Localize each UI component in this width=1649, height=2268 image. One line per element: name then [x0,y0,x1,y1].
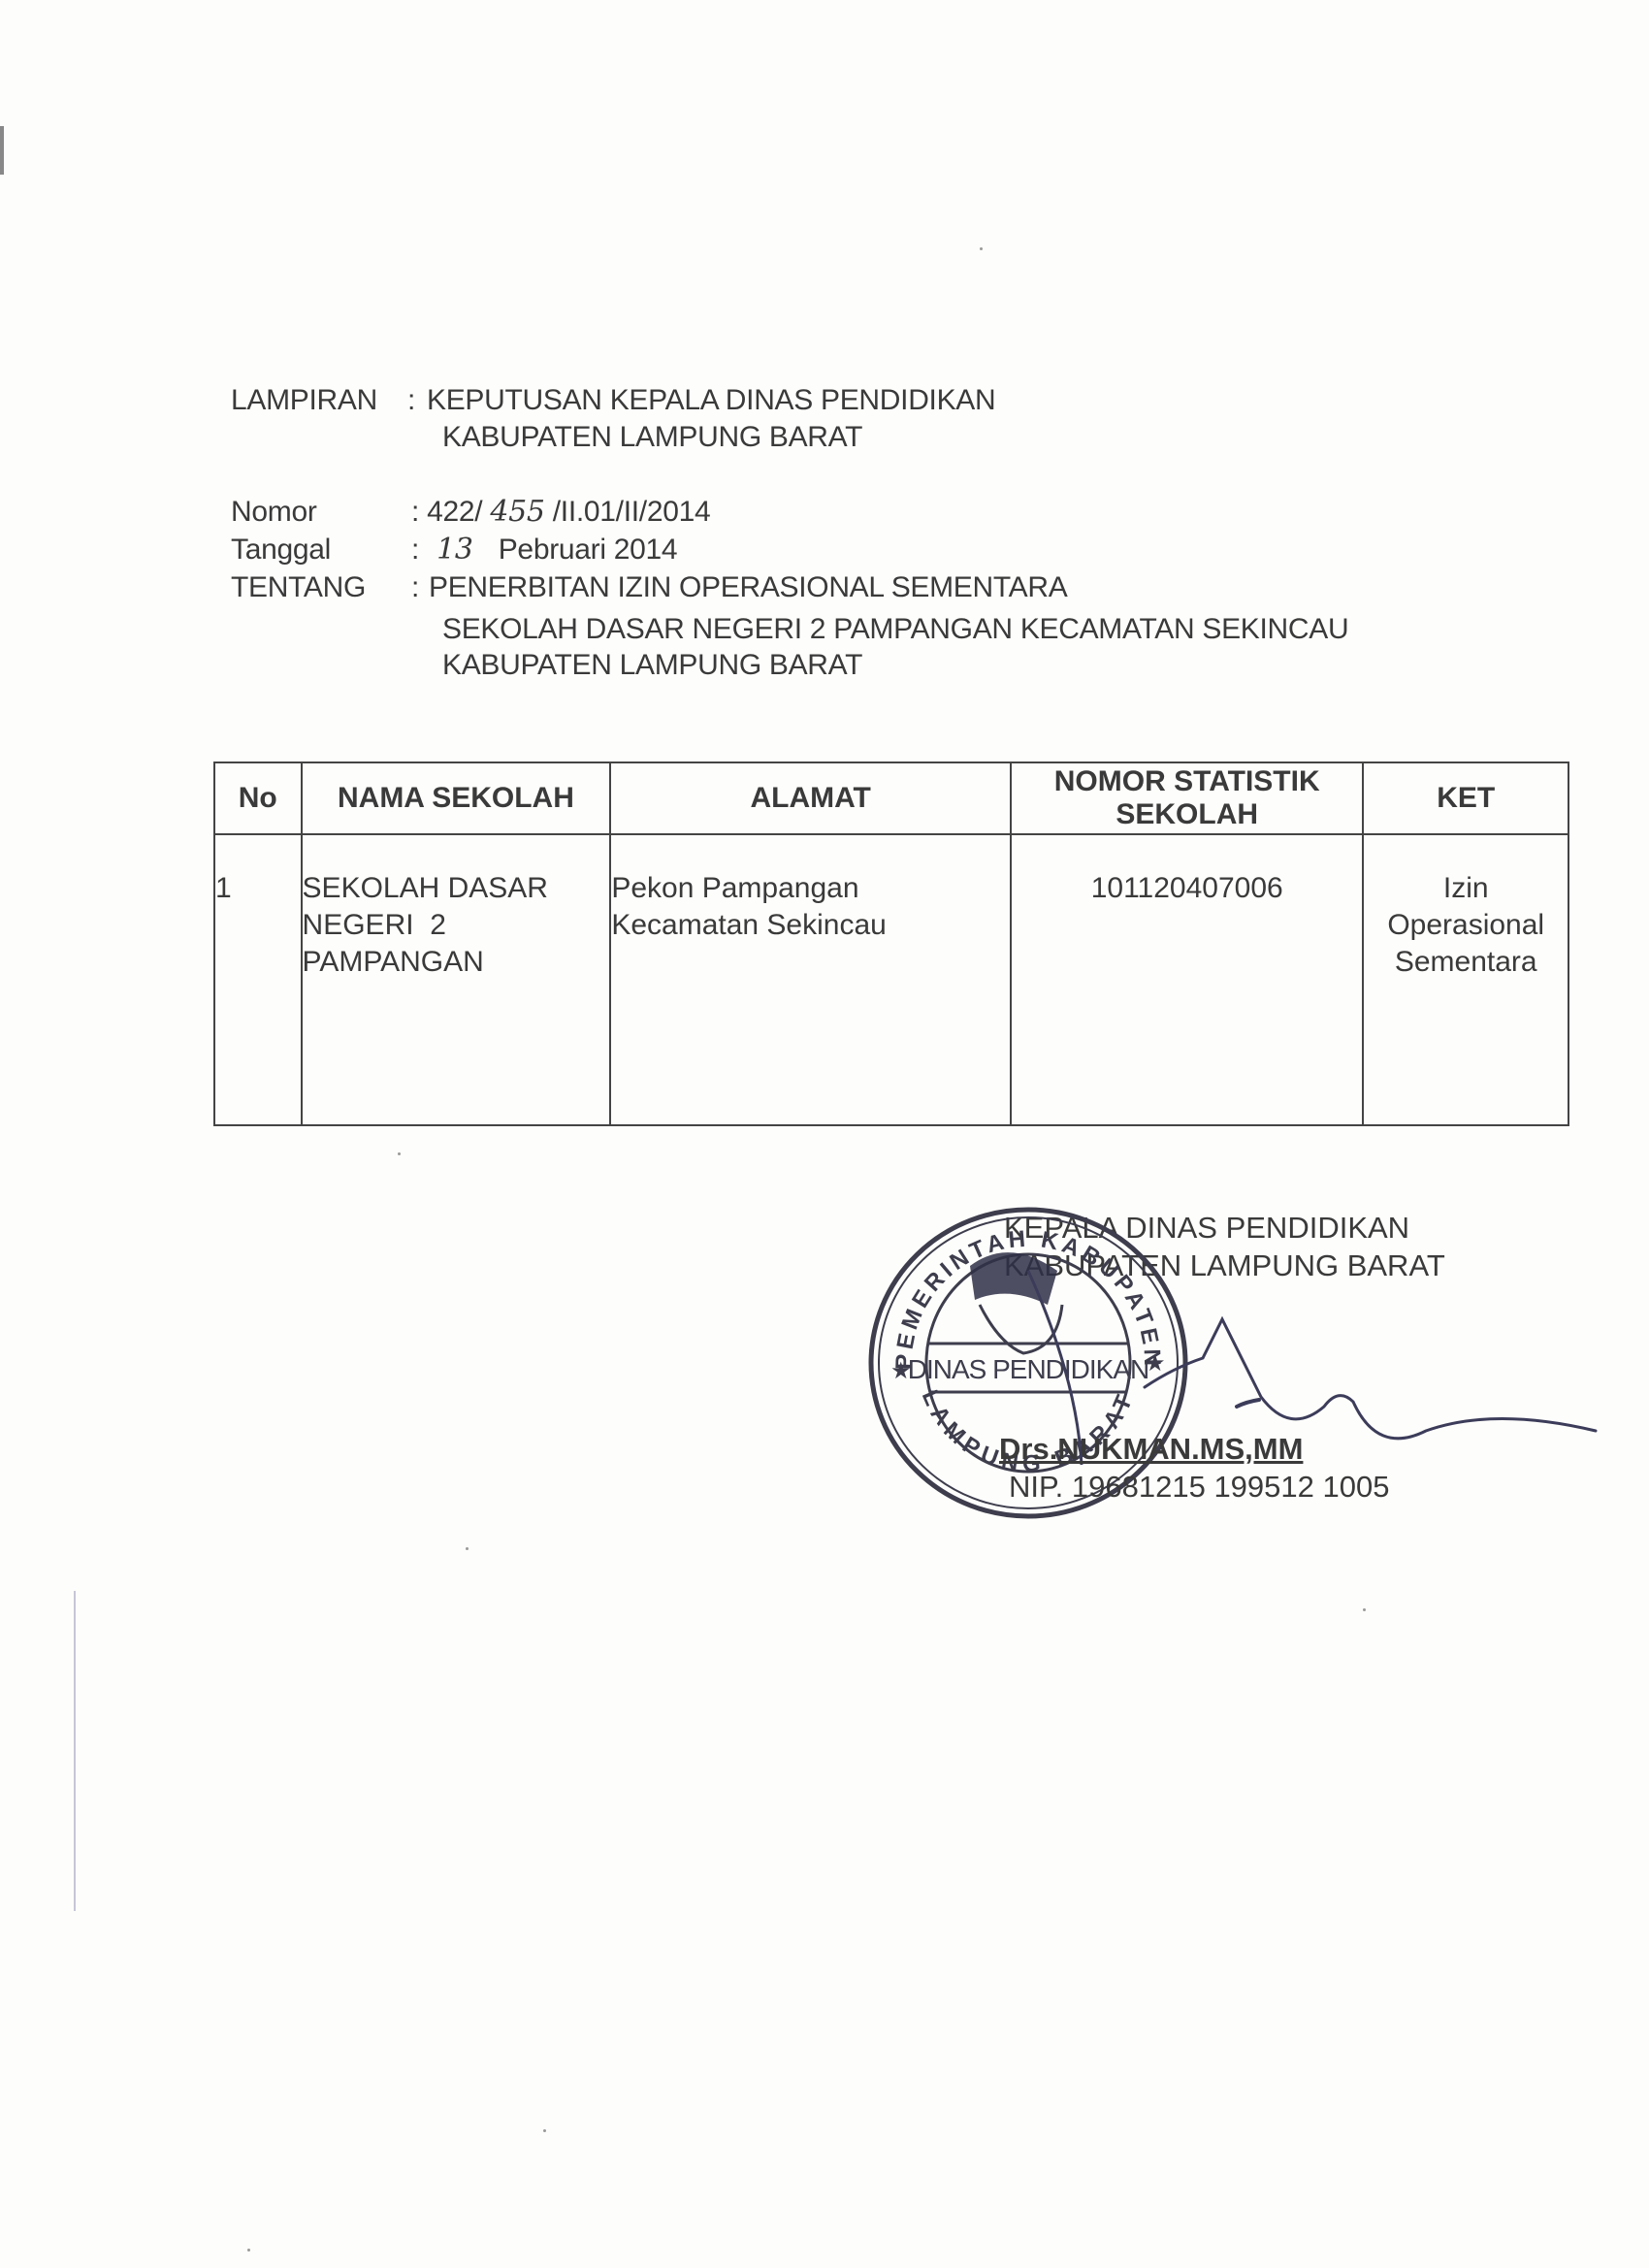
column-header-nomor-statistik-label: NOMOR STATISTIK SEKOLAH [1042,765,1333,831]
nama-line: SEKOLAH DASAR [303,870,610,907]
lampiran-line-2: KABUPATEN LAMPUNG BARAT [442,421,862,454]
tentang-label: TENTANG [231,571,366,604]
tanggal-label: Tanggal [231,534,331,567]
ket-line: Izin [1364,870,1568,907]
colon: : [411,571,419,604]
colon: : [407,384,415,417]
scan-speck [543,2129,546,2132]
cell-nama-sekolah: SEKOLAH DASAR NEGERI 2 PAMPANGAN [302,834,611,1125]
lampiran-label: LAMPIRAN [231,384,377,417]
column-header-ket: KET [1363,762,1568,834]
scan-speck [980,247,983,250]
school-table: No NAMA SEKOLAH ALAMAT NOMOR STATISTIK S… [213,761,1569,1126]
lampiran-line-1: KEPUTUSAN KEPALA DINAS PENDIDIKAN [427,384,995,417]
svg-text:★: ★ [890,1358,912,1384]
colon: : [411,534,419,566]
cell-no: 1 [214,834,302,1125]
cell-ket: Izin Operasional Sementara [1363,834,1568,1125]
ket-line: Operasional [1364,907,1568,944]
ket-line: Sementara [1364,944,1568,981]
table-row: 1 SEKOLAH DASAR NEGERI 2 PAMPANGAN Pekon… [214,834,1568,1125]
scan-speck [398,1152,401,1155]
scan-speck [1363,1608,1366,1611]
nama-line: PAMPANGAN [303,944,610,981]
nomor-value: : 422/ 455 /II.01/II/2014 [411,496,710,529]
scan-artifact-line [74,1591,76,1911]
nomor-label: Nomor [231,496,317,529]
tanggal-rest: Pebruari 2014 [499,534,678,566]
tanggal-handwritten: 13 [436,533,473,567]
tanggal-value: : 13 Pebruari 2014 [411,534,677,567]
alamat-line: Kecamatan Sekincau [611,907,1010,944]
cell-alamat: Pekon Pampangan Kecamatan Sekincau [610,834,1011,1125]
nomor-prefix: 422/ [427,496,482,528]
alamat-line: Pekon Pampangan [611,870,1010,907]
column-header-nomor-statistik: NOMOR STATISTIK SEKOLAH [1011,762,1363,834]
column-header-alamat: ALAMAT [610,762,1011,834]
scan-speck [247,2249,250,2252]
scan-speck [466,1547,469,1550]
tentang-line-2: SEKOLAH DASAR NEGERI 2 PAMPANGAN KECAMAT… [442,613,1348,646]
nama-line: NEGERI 2 [303,907,610,944]
table-header-row: No NAMA SEKOLAH ALAMAT NOMOR STATISTIK S… [214,762,1568,834]
colon: : [411,496,419,528]
cell-nomor-statistik: 101120407006 [1011,834,1363,1125]
tentang-line-3: KABUPATEN LAMPUNG BARAT [442,649,862,682]
nomor-suffix: /II.01/II/2014 [553,496,711,528]
nomor-handwritten: 455 [490,495,544,529]
column-header-nama-sekolah: NAMA SEKOLAH [302,762,611,834]
scan-edge-mark [0,126,4,175]
column-header-no: No [214,762,302,834]
signatory-nip: NIP. 19681215 199512 1005 [1009,1470,1389,1505]
signatory-name: Drs.NUKMAN.MS,MM [999,1432,1303,1467]
tentang-line-1: PENERBITAN IZIN OPERASIONAL SEMENTARA [429,571,1067,604]
